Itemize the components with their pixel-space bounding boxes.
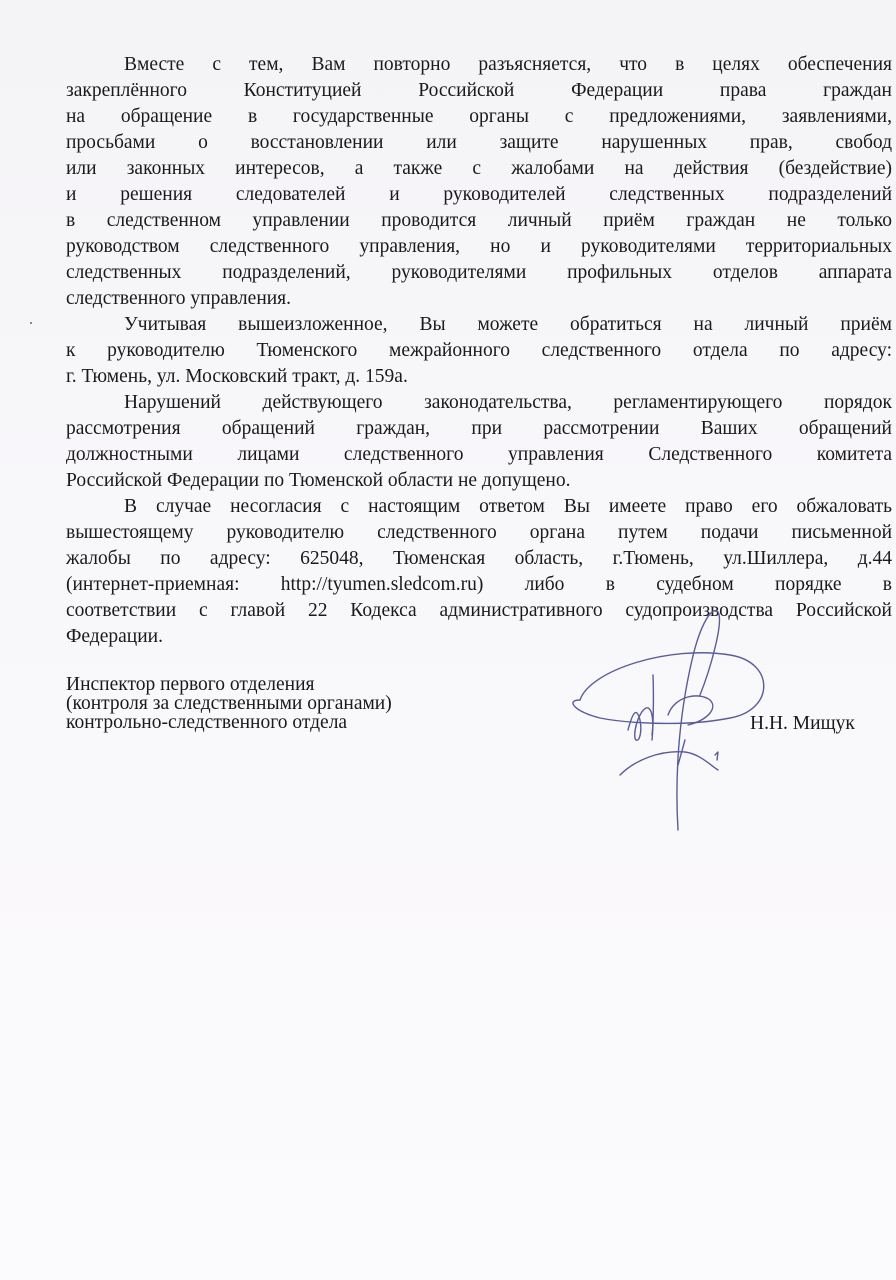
text-line: Российской Федерации по Тюменской област… [66,468,892,494]
position-line: контрольно-следственного отдела [66,713,392,732]
text-line: и решения следователей и руководителей с… [66,182,892,208]
text-line: должностными лицами следственного управл… [66,442,892,468]
paragraph-personal-reception: Вместе с тем, Вам повторно разъясняется,… [66,52,892,312]
text-line: вышестоящему руководителю следственного … [66,520,892,546]
text-line: (интернет-приемная: http://tyumen.sledco… [66,572,892,598]
text-line: рассмотрения обращений граждан, при расс… [66,416,892,442]
text-line: В случае несогласия с настоящим ответом … [66,494,892,520]
position-line: Инспектор первого отделения [66,675,392,694]
text-line: или законных интересов, а также с жалоба… [66,156,892,182]
text-line: Вместе с тем, Вам повторно разъясняется,… [66,52,892,78]
text-line: на обращение в государственные органы с … [66,104,892,130]
paragraph-address-info: Учитывая вышеизложенное, Вы можете обрат… [66,312,892,390]
text-line: в следственном управлении проводится лич… [66,208,892,234]
letter-body: Вместе с тем, Вам повторно разъясняется,… [66,52,892,650]
text-line: г. Тюмень, ул. Московский тракт, д. 159а… [66,364,892,390]
scan-speck [30,322,32,324]
text-line: просьбами о восстановлении или защите на… [66,130,892,156]
text-line: к руководителю Тюменского межрайонного с… [66,338,892,364]
document-page: Вместе с тем, Вам повторно разъясняется,… [0,0,896,1280]
text-line: Учитывая вышеизложенное, Вы можете обрат… [66,312,892,338]
text-line: следственных подразделений, руководителя… [66,260,892,286]
signer-position: Инспектор первого отделения (контроля за… [66,675,392,732]
text-line: следственного управления. [66,286,892,312]
text-line: Нарушений действующего законодательства,… [66,390,892,416]
signer-name: Н.Н. Мищук [750,713,855,735]
text-line: руководством следственного управления, н… [66,234,892,260]
position-line: (контроля за следственными органами) [66,694,392,713]
text-line: жалобы по адресу: 625048, Тюменская обла… [66,546,892,572]
handwritten-signature-icon [560,600,780,860]
paragraph-no-violations: Нарушений действующего законодательства,… [66,390,892,494]
text-line: закреплённого Конституцией Российской Фе… [66,78,892,104]
